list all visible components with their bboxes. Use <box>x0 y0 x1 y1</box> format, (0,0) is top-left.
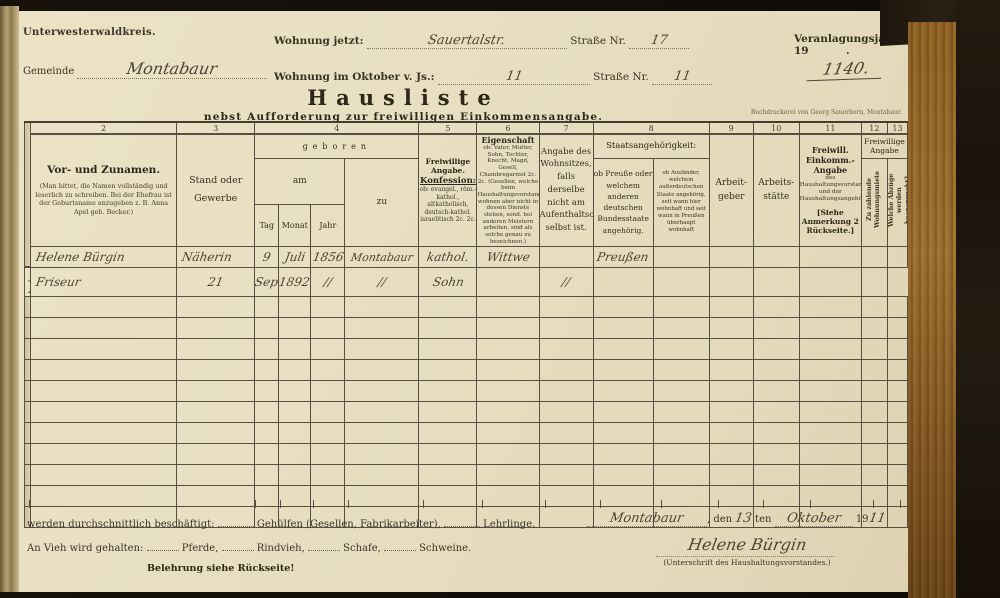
schweine-label: Schweine. <box>419 543 471 554</box>
empty-cell <box>177 444 255 465</box>
empty-cell <box>419 423 477 444</box>
empty-cell <box>887 402 907 423</box>
jahr-handwritten-value: 11 <box>867 511 886 526</box>
empty-cell <box>861 360 887 381</box>
monat-field: Oktober <box>775 511 853 527</box>
empty-cell <box>709 381 753 402</box>
signature-caption: (Unterschrift des Haushaltungsvorstandes… <box>587 558 907 567</box>
header-einkommen-bracket: [Siehe Anmerkung 2 Rückseite.] <box>800 208 861 236</box>
book-page-edge-left <box>0 6 19 592</box>
book-cover-right <box>956 0 1000 598</box>
empty-cell <box>345 360 419 381</box>
empty-cell <box>539 318 593 339</box>
header-eigenschaft: Eigenschaft ob: Vater, Mutter, Sohn, Toc… <box>477 134 539 246</box>
lehrlinge-count-field <box>444 517 480 527</box>
empty-cell <box>419 360 477 381</box>
empty-cell <box>887 381 907 402</box>
col-number: 13 <box>887 122 907 134</box>
empty-cell <box>709 297 753 318</box>
empty-cell <box>539 465 593 486</box>
empty-cell <box>177 318 255 339</box>
empty-cell <box>539 402 593 423</box>
gehuelfen-label: Gehülfen (Gesellen, Fabrikarbeiter), <box>257 519 441 530</box>
row-eigenschaft: Sohn <box>431 275 464 289</box>
empty-cell <box>279 360 311 381</box>
tag-handwritten-value: 13 <box>734 511 753 526</box>
monat-handwritten-value: Oktober <box>785 511 841 526</box>
empty-cell <box>345 297 419 318</box>
col-number: 12 <box>861 122 887 134</box>
empty-cell <box>799 360 861 381</box>
empty-cell <box>177 360 255 381</box>
rindvieh-label: Rindvieh, <box>257 543 305 554</box>
veranlagungsjahr-dot: . <box>846 45 850 57</box>
empty-cell <box>255 318 279 339</box>
empty-cell <box>477 465 539 486</box>
empty-cell <box>539 339 593 360</box>
empty-table-row <box>25 402 908 423</box>
row-staat: // <box>561 275 572 289</box>
photo-of-book: Unterwesterwaldkreis. Gemeinde Montabaur… <box>0 0 1000 598</box>
pferde-label: Pferde, <box>182 543 219 554</box>
header-konfession-sub: Konfession: <box>419 176 476 187</box>
col-number: 2 <box>31 122 177 134</box>
empty-cell <box>653 381 709 402</box>
strasse-nr-handwritten-value-2: 11 <box>673 69 692 84</box>
empty-cell <box>279 465 311 486</box>
empty-cell <box>861 339 887 360</box>
pferde-count-field <box>147 541 179 551</box>
empty-cell <box>593 402 653 423</box>
empty-cell <box>861 423 887 444</box>
header-wohnsitz: Angabe des Wohnsitzes, falls derselbe ni… <box>539 134 593 246</box>
gemeinde-handwritten-value: Montabaur <box>126 59 219 78</box>
empty-cell <box>539 444 593 465</box>
col-number: 11 <box>799 122 861 134</box>
header-einkommen-title: Freiwill. Einkomm.-Angabe <box>800 145 861 175</box>
empty-cell <box>311 318 345 339</box>
row-stand: Friseur <box>35 275 82 289</box>
akte-nummer-handwritten: 1140. <box>806 58 885 82</box>
empty-cell <box>477 402 539 423</box>
header-names-title: Vor- und Zunamen. <box>31 164 176 177</box>
empty-cell <box>279 297 311 318</box>
row-jahr: 1856 <box>311 250 344 264</box>
row-name: Helene Bürgin <box>35 250 126 264</box>
gemeinde-field: Montabaur <box>77 59 267 79</box>
empty-cell <box>593 339 653 360</box>
empty-cell <box>653 297 709 318</box>
empty-cell <box>799 465 861 486</box>
empty-cell <box>477 423 539 444</box>
row-staat: Preußen <box>596 250 650 264</box>
empty-cell <box>753 339 799 360</box>
header-monat: Monat <box>279 204 311 246</box>
empty-cell <box>311 339 345 360</box>
empty-cell <box>255 360 279 381</box>
empty-table-row <box>25 444 908 465</box>
empty-cell <box>255 444 279 465</box>
empty-cell <box>279 381 311 402</box>
form-title: Hausliste <box>19 85 788 110</box>
table-row: Helene Bürgin Näherin 9 Juli 1856 Montab… <box>25 246 908 267</box>
signature-handwritten: Helene Bürgin <box>656 535 838 557</box>
empty-cell <box>709 465 753 486</box>
jahr-label: 19 <box>856 514 869 525</box>
empty-cell <box>477 318 539 339</box>
empty-cell <box>753 381 799 402</box>
empty-cell <box>477 381 539 402</box>
header-names: Vor- und Zunamen. (Man bittet, die Namen… <box>31 134 177 246</box>
empty-cell <box>653 444 709 465</box>
empty-cell <box>539 423 593 444</box>
empty-cell <box>709 318 753 339</box>
empty-cell <box>419 339 477 360</box>
empty-cell <box>709 402 753 423</box>
empty-cell <box>799 297 861 318</box>
empty-cell <box>311 297 345 318</box>
empty-cell <box>477 297 539 318</box>
empty-cell <box>653 339 709 360</box>
empty-table-row <box>25 465 908 486</box>
wohnung-jetzt-handwritten-value: Sauertalstr. <box>427 33 507 48</box>
empty-cell <box>177 423 255 444</box>
printer-imprint: Buchdruckerei von Georg Sauerborn, Monta… <box>751 109 902 116</box>
wohnung-oktober-field: 11 <box>438 69 590 85</box>
empty-cell <box>653 465 709 486</box>
empty-cell <box>31 465 177 486</box>
empty-cell <box>311 444 345 465</box>
empty-cell <box>861 444 887 465</box>
empty-cell <box>753 444 799 465</box>
header-eigenschaft-note: ob: Vater, Mutter, Sohn, Tochter, Knecht… <box>477 145 538 246</box>
header-stand: Stand oder Gewerbe <box>177 134 255 246</box>
empty-cell <box>255 339 279 360</box>
ten-label: ten <box>755 514 771 525</box>
strasse-nr-label-1: Straße Nr. <box>570 35 626 47</box>
col-number: 7 <box>539 122 593 134</box>
empty-cell <box>753 318 799 339</box>
strasse-nr-handwritten-value-1: 17 <box>650 33 669 48</box>
empty-cell <box>799 402 861 423</box>
empty-cell <box>799 423 861 444</box>
empty-cell <box>345 318 419 339</box>
header-am: am <box>255 158 345 204</box>
ort-field: Montabaur <box>587 511 707 527</box>
empty-cell <box>279 444 311 465</box>
header-staat-title: Staatsangehörigkeit: <box>593 134 709 158</box>
empty-cell <box>279 423 311 444</box>
empty-cell <box>887 339 907 360</box>
empty-cell <box>31 360 177 381</box>
schafe-label: Schafe, <box>343 543 381 554</box>
gemeinde-label: Gemeinde <box>23 66 74 77</box>
empty-cell <box>279 339 311 360</box>
header-arbeitsstaette: Arbeits- stätte <box>753 134 799 246</box>
column-line-stubs <box>24 500 901 508</box>
header-konfession-note: ob: evangel., röm.-kathol., altkatholisc… <box>419 186 476 224</box>
empty-cell <box>709 423 753 444</box>
empty-cell <box>345 339 419 360</box>
empty-cell <box>311 381 345 402</box>
empty-cell <box>593 297 653 318</box>
schafe-count-field <box>308 541 340 551</box>
empty-cell <box>279 402 311 423</box>
header-zu: zu <box>345 158 419 246</box>
wohnung-oktober-label: Wohnung im Oktober v. Js.: <box>274 71 434 83</box>
empty-cell <box>887 360 907 381</box>
empty-cell <box>477 339 539 360</box>
row-zu: // <box>323 275 334 289</box>
empty-table-row <box>25 297 908 318</box>
empty-cell <box>31 318 177 339</box>
row-jahr: 1892 <box>279 275 311 289</box>
header-staat-sub2: ob Ausländer, welchem außerdeutschen Sta… <box>653 158 709 246</box>
row-stand: Näherin <box>181 250 233 264</box>
empty-cell <box>753 297 799 318</box>
header-jahr: Jahr <box>311 204 345 246</box>
empty-cell <box>311 402 345 423</box>
empty-cell <box>311 465 345 486</box>
empty-cell <box>887 318 907 339</box>
hausliste-form-page: Unterwesterwaldkreis. Gemeinde Montabaur… <box>19 11 908 592</box>
header-konfession: Freiwillige Angabe. Konfession: ob: evan… <box>419 134 477 246</box>
empty-cell <box>861 465 887 486</box>
empty-cell <box>31 339 177 360</box>
header-miete-vertical: Zu zahlende Wohnungsmiete <box>866 167 882 233</box>
empty-cell <box>539 360 593 381</box>
empty-cell <box>653 423 709 444</box>
header-names-note: (Man bittet, die Namen vollständig und l… <box>31 182 176 217</box>
table-row: Julius Bürgin Friseur 21 Sept. 1892 // /… <box>25 267 908 297</box>
row-monat: Juli <box>283 250 306 264</box>
empty-cell <box>861 381 887 402</box>
empty-cell <box>31 402 177 423</box>
header-eigenschaft-title: Eigenschaft <box>477 135 538 145</box>
empty-cell <box>477 360 539 381</box>
col-number: 4 <box>255 122 419 134</box>
empty-table-row <box>25 339 908 360</box>
empty-cell <box>31 423 177 444</box>
empty-cell <box>345 444 419 465</box>
header-arbeitgeber: Arbeit- geber <box>709 134 753 246</box>
col-number: 9 <box>709 122 753 134</box>
hausliste-table: 2 3 4 5 6 7 8 9 10 11 12 13 Vor- und Zun… <box>24 121 908 528</box>
empty-cell <box>593 423 653 444</box>
wohnung-jetzt-label: Wohnung jetzt: <box>274 35 364 47</box>
empty-cell <box>593 465 653 486</box>
header-konfession-title: Freiwillige Angabe. <box>419 157 476 176</box>
empty-cell <box>593 381 653 402</box>
empty-cell <box>255 423 279 444</box>
gehuelfen-count-field <box>218 517 254 527</box>
col-number: 5 <box>419 122 477 134</box>
district-label: Unterwesterwaldkreis. <box>23 27 156 38</box>
empty-cell <box>799 444 861 465</box>
header-staat-sub1: ob Preuße oder welchem anderen deutschen… <box>593 158 653 246</box>
rindvieh-count-field <box>222 541 254 551</box>
strasse-nr-field-2: 11 <box>652 69 712 85</box>
empty-cell <box>477 444 539 465</box>
empty-cell <box>345 423 419 444</box>
empty-cell <box>345 465 419 486</box>
empty-cell <box>419 465 477 486</box>
empty-cell <box>887 444 907 465</box>
empty-cell <box>539 381 593 402</box>
col-number: 3 <box>177 122 255 134</box>
header-freiwillige-angabe: Freiwillige Angabe <box>861 134 907 158</box>
empty-cell <box>753 423 799 444</box>
vieh-label: An Vieh wird gehalten: <box>27 543 143 554</box>
header-abzuege: Welche Abzüge werden beansprucht? <box>887 158 907 246</box>
empty-cell <box>887 465 907 486</box>
empty-table-row <box>25 423 908 444</box>
den-label: , den <box>707 514 732 525</box>
empty-cell <box>255 381 279 402</box>
empty-cell <box>345 381 419 402</box>
wohnung-oktober-handwritten-value: 11 <box>504 69 523 84</box>
row-monat: Sept. <box>255 275 279 289</box>
row-eigenschaft: Wittwe <box>485 250 530 264</box>
empty-cell <box>31 297 177 318</box>
empty-cell <box>753 465 799 486</box>
empty-cell <box>753 402 799 423</box>
empty-cell <box>345 402 419 423</box>
empty-cell <box>709 339 753 360</box>
belehrung-note: Belehrung siehe Rückseite! <box>147 563 294 574</box>
header-einkommen-note: des Haushaltungsvorstandes und der Haush… <box>800 175 861 204</box>
lehrlinge-label: Lehrlinge. <box>483 519 535 530</box>
ort-handwritten-value: Montabaur <box>609 511 685 526</box>
empty-cell <box>177 339 255 360</box>
empty-cell <box>799 381 861 402</box>
empty-cell <box>419 297 477 318</box>
col-number: 6 <box>477 122 539 134</box>
empty-cell <box>311 360 345 381</box>
header-geboren: geboren <box>255 134 419 158</box>
empty-cell <box>653 402 709 423</box>
col-number: 8 <box>593 122 709 134</box>
empty-cell <box>419 402 477 423</box>
empty-table-row <box>25 360 908 381</box>
empty-cell <box>177 381 255 402</box>
col-number: 10 <box>753 122 799 134</box>
empty-cell <box>31 444 177 465</box>
empty-cell <box>419 318 477 339</box>
empty-cell <box>653 318 709 339</box>
header-einkommen: Freiwill. Einkomm.-Angabe des Haushaltun… <box>799 134 861 246</box>
empty-cell <box>177 297 255 318</box>
empty-cell <box>593 444 653 465</box>
empty-cell <box>861 297 887 318</box>
empty-cell <box>593 318 653 339</box>
empty-cell <box>419 444 477 465</box>
empty-cell <box>177 402 255 423</box>
empty-cell <box>593 360 653 381</box>
empty-cell <box>887 423 907 444</box>
header-band-1: Vor- und Zunamen. (Man bittet, die Namen… <box>25 134 908 158</box>
empty-cell <box>709 444 753 465</box>
empty-cell <box>799 318 861 339</box>
schweine-count-field <box>384 541 416 551</box>
header-tag: Tag <box>255 204 279 246</box>
empty-cell <box>311 423 345 444</box>
strasse-nr-field-1: 17 <box>629 33 689 49</box>
empty-cell <box>861 402 887 423</box>
empty-cell <box>31 381 177 402</box>
empty-cell <box>753 360 799 381</box>
row-konfession: kathol. <box>426 250 470 264</box>
column-number-row: 2 3 4 5 6 7 8 9 10 11 12 13 <box>25 122 908 134</box>
row-tag: 9 <box>262 250 272 264</box>
empty-cell <box>539 297 593 318</box>
empty-cell <box>887 297 907 318</box>
empty-cell <box>419 381 477 402</box>
header-miete: Zu zahlende Wohnungsmiete <box>861 158 887 246</box>
empty-cell <box>799 339 861 360</box>
row-konfession: // <box>377 275 388 289</box>
empty-table-row <box>25 381 908 402</box>
empty-cell <box>255 465 279 486</box>
strasse-nr-label-2: Straße Nr. <box>593 71 649 83</box>
empty-cell <box>653 360 709 381</box>
form-header: Unterwesterwaldkreis. Gemeinde Montabaur… <box>19 11 908 121</box>
empty-cell <box>279 318 311 339</box>
wohnung-jetzt-field: Sauertalstr. <box>367 33 567 49</box>
empty-cell <box>255 297 279 318</box>
empty-cell <box>177 465 255 486</box>
empty-cell <box>861 318 887 339</box>
row-tag: 21 <box>207 275 225 289</box>
beschaeftigt-label: werden durchschnittlich beschäftigt: <box>27 519 215 530</box>
empty-cell <box>709 360 753 381</box>
empty-table-row <box>25 318 908 339</box>
header-abzuege-vertical: Welche Abzüge werden beansprucht? <box>888 167 908 233</box>
empty-cell <box>255 402 279 423</box>
row-zu: Montabaur <box>350 251 414 264</box>
